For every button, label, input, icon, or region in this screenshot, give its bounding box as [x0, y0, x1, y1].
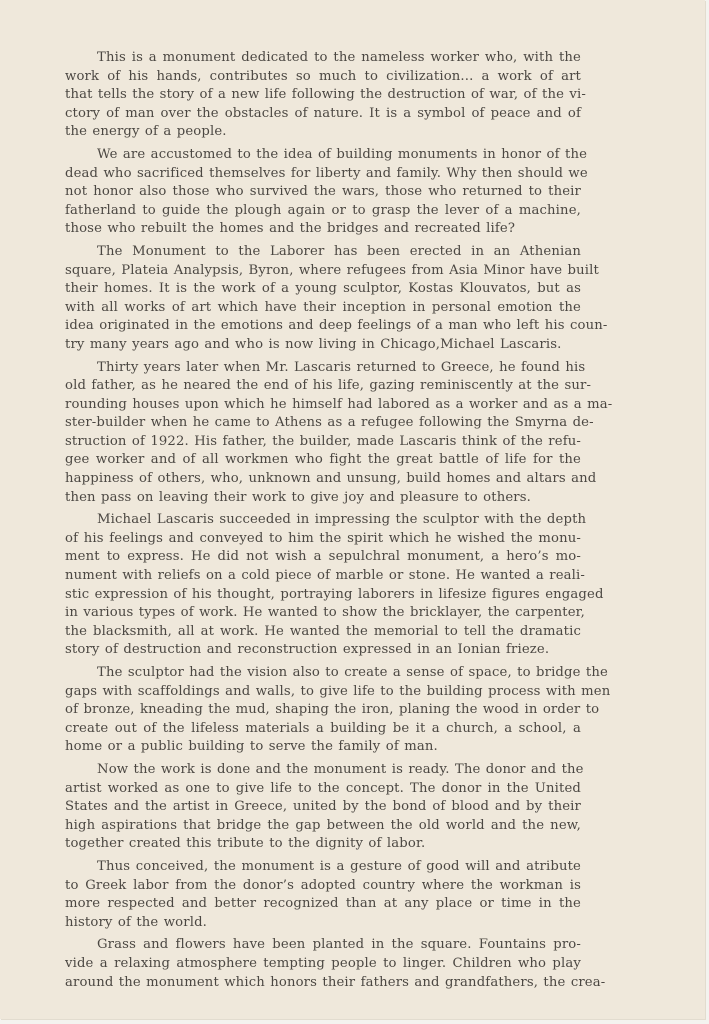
text-line: create out of the lifeless materials a b… — [65, 720, 581, 739]
text-line: dead who sacrificed themselves for liber… — [65, 165, 581, 184]
text-line: then pass on leaving their work to give … — [65, 489, 581, 508]
text-line: ment to express. He did not wish a sepul… — [65, 548, 581, 567]
text-line: around the monument which honors their f… — [65, 974, 581, 993]
text-line: in various types of work. He wanted to s… — [65, 604, 581, 623]
text-line: together created this tribute to the dig… — [65, 835, 581, 854]
text-line: Michael Lascaris succeeded in impressing… — [65, 511, 581, 530]
text-line: The sculptor had the vision also to crea… — [65, 664, 581, 683]
paragraph: We are accustomed to the idea of buildin… — [65, 146, 581, 239]
text-line: home or a public building to serve the f… — [65, 738, 581, 757]
text-line: The Monument to the Laborer has been ere… — [65, 243, 581, 262]
text-line: more respected and better recognized tha… — [65, 895, 581, 914]
text-line: their homes. It is the work of a young s… — [65, 280, 581, 299]
paragraph: Thirty years later when Mr. Lascaris ret… — [65, 359, 581, 508]
text-line: that tells the story of a new life follo… — [65, 86, 581, 105]
paragraph: The sculptor had the vision also to crea… — [65, 664, 581, 757]
text-line: idea originated in the emotions and deep… — [65, 317, 581, 336]
text-line: old father, as he neared the end of his … — [65, 377, 581, 396]
text-line: story of destruction and reconstruction … — [65, 641, 581, 660]
text-line: States and the artist in Greece, united … — [65, 798, 581, 817]
paragraph: Now the work is done and the monument is… — [65, 761, 581, 854]
text-line: high aspirations that bridge the gap bet… — [65, 817, 581, 836]
text-line: happiness of others, who, unknown and un… — [65, 470, 581, 489]
text-line: the energy of a people. — [65, 123, 581, 142]
text-line: those who rebuilt the homes and the brid… — [65, 220, 581, 239]
text-line: Grass and flowers have been planted in t… — [65, 936, 581, 955]
body-text: This is a monument dedicated to the name… — [65, 49, 581, 996]
text-line: rounding houses upon which he himself ha… — [65, 396, 581, 415]
text-line: Thirty years later when Mr. Lascaris ret… — [65, 359, 581, 378]
text-line: to Greek labor from the donor’s adopted … — [65, 877, 581, 896]
text-line: the blacksmith, all at work. He wanted t… — [65, 623, 581, 642]
text-line: We are accustomed to the idea of buildin… — [65, 146, 581, 165]
text-line: of bronze, kneading the mud, shaping the… — [65, 701, 581, 720]
paragraph: Thus conceived, the monument is a gestur… — [65, 858, 581, 932]
text-line: ster-builder when he came to Athens as a… — [65, 414, 581, 433]
text-line: with all works of art which have their i… — [65, 299, 581, 318]
text-line: ctory of man over the obstacles of natur… — [65, 105, 581, 124]
text-line: This is a monument dedicated to the name… — [65, 49, 581, 68]
paragraph: Michael Lascaris succeeded in impressing… — [65, 511, 581, 660]
paragraph: The Monument to the Laborer has been ere… — [65, 243, 581, 355]
text-line: artist worked as one to give life to the… — [65, 780, 581, 799]
text-line: not honor also those who survived the wa… — [65, 183, 581, 202]
paragraph: Grass and flowers have been planted in t… — [65, 936, 581, 992]
text-line: history of the world. — [65, 914, 581, 933]
text-line: struction of 1922. His father, the build… — [65, 433, 581, 452]
text-line: try many years ago and who is now living… — [65, 336, 581, 355]
text-line: stic expression of his thought, portrayi… — [65, 586, 581, 605]
text-line: Thus conceived, the monument is a gestur… — [65, 858, 581, 877]
text-line: nument with reliefs on a cold piece of m… — [65, 567, 581, 586]
scanned-page: This is a monument dedicated to the name… — [0, 0, 705, 1019]
text-line: Now the work is done and the monument is… — [65, 761, 581, 780]
text-line: work of his hands, contributes so much t… — [65, 68, 581, 87]
text-line: gee worker and of all workmen who fight … — [65, 451, 581, 470]
text-line: vide a relaxing atmosphere tempting peop… — [65, 955, 581, 974]
text-line: square, Plateia Analypsis, Byron, where … — [65, 262, 581, 281]
text-line: fatherland to guide the plough again or … — [65, 202, 581, 221]
paragraph: This is a monument dedicated to the name… — [65, 49, 581, 142]
text-line: of his feelings and conveyed to him the … — [65, 530, 581, 549]
text-line: gaps with scaffoldings and walls, to giv… — [65, 683, 581, 702]
